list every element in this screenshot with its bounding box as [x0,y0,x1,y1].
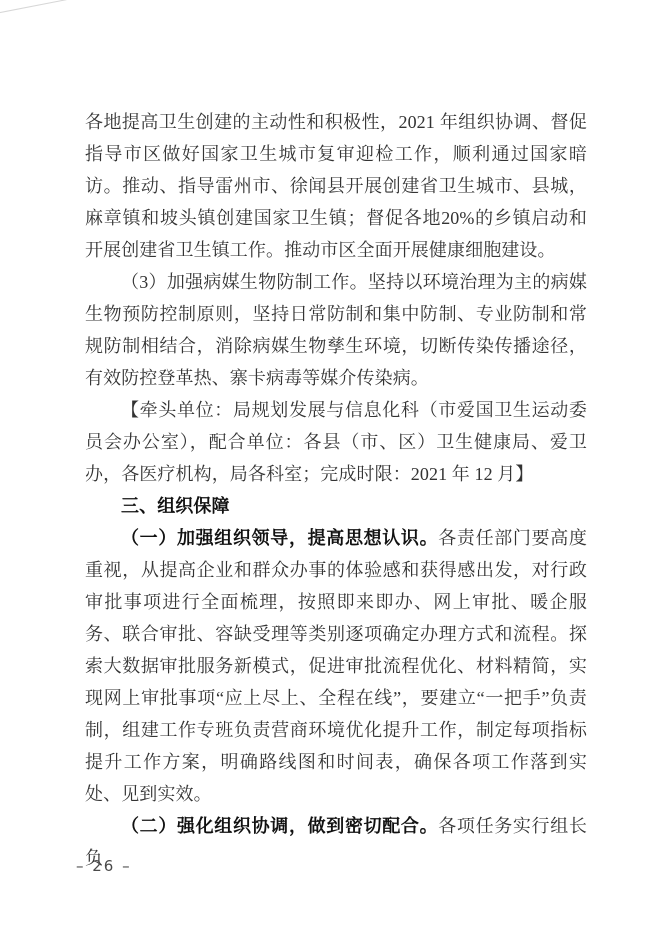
paragraph-item-two: （二）强化组织协调，做到密切配合。各项任务实行组长负 [85,810,587,874]
document-body-text: 各地提高卫生创建的主动性和积极性，2021 年组织协调、督促指导市区做好国家卫生… [85,106,587,874]
paragraph-item-two-lead: （二）强化组织协调，做到密切配合。 [121,816,438,836]
paragraph-responsible-units: 【牵头单位：局规划发展与信息化科（市爱国卫生运动委员会办公室），配合单位：各县（… [85,394,587,490]
paragraph-item-one: （一）加强组织领导，提高思想认识。各责任部门要高度重视，从提高企业和群众办事的体… [85,522,587,810]
section-heading-organizational-support: 三、组织保障 [85,490,587,522]
paragraph-item-one-body: 各责任部门要高度重视，从提高企业和群众办事的体验感和获得感出发，对行政审批事项进… [85,528,587,804]
paragraph-health-creation-continuation: 各地提高卫生创建的主动性和积极性，2021 年组织协调、督促指导市区做好国家卫生… [85,106,587,266]
page-number: – 26 – [76,857,132,875]
paragraph-item-one-lead: （一）加强组织领导，提高思想认识。 [121,528,438,548]
paragraph-vector-control: （3）加强病媒生物防制工作。坚持以环境治理为主的病媒生物预防控制原则，坚持日常防… [85,266,587,394]
scan-artifact-line [0,0,67,15]
document-page: 各地提高卫生创建的主动性和积极性，2021 年组织协调、督促指导市区做好国家卫生… [0,0,670,944]
